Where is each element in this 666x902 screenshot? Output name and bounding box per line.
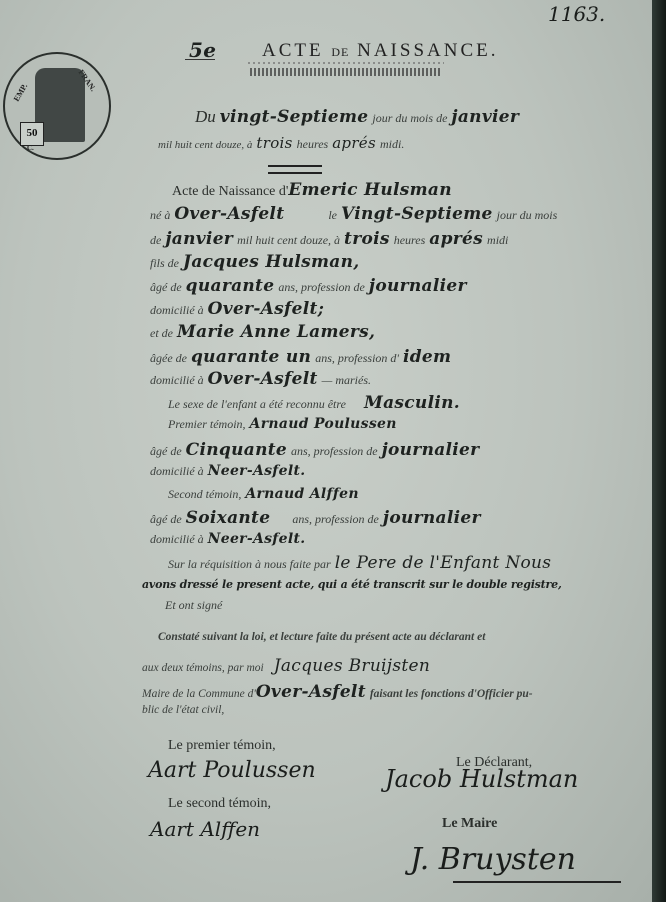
page-edge-shadow <box>652 0 666 902</box>
print-text: aux deux témoins, par moi <box>142 662 264 674</box>
commune-name: Over-Asfelt <box>256 682 366 702</box>
handwritten-text: journalier <box>382 440 480 460</box>
closing-line-1: Constaté suivant la loi, et lecture fait… <box>158 631 485 643</box>
body-line-10: Premier témoin, Arnaud Poulussen <box>168 415 397 433</box>
child-name: Emeric Hulsman <box>288 180 451 200</box>
print-text: Et ont signé <box>165 598 222 612</box>
handwritten-text: aprés <box>332 134 376 152</box>
title-word-de: DE <box>331 45 349 59</box>
print-text: ans, profession de <box>278 280 365 294</box>
handwritten-text: trois <box>344 229 390 249</box>
print-text: mil huit cent douze, à <box>237 233 340 247</box>
body-line-9: Le sexe de l'enfant a été reconnu être M… <box>168 393 460 413</box>
handwritten-text: journalier <box>369 276 467 296</box>
print-text: le <box>328 208 337 222</box>
body-line-17: avons dressé le present acte, qui a été … <box>142 575 562 593</box>
body-line-18: Et ont signé <box>165 596 222 614</box>
body-line-4: âgé de quarante ans, profession de journ… <box>150 276 467 296</box>
print-text: Maire de la Commune d' <box>142 688 256 700</box>
print-text: domicilié à <box>150 464 204 478</box>
handwritten-text: Soixante <box>186 508 271 528</box>
handwritten-text: Cinquante <box>186 440 287 460</box>
second-witness-name: Arnaud Alffen <box>245 486 359 502</box>
body-line-2: de janvier mil huit cent douze, à trois … <box>150 229 508 249</box>
handwritten-text: Neer-Asfelt. <box>208 531 306 547</box>
print-text: fils de <box>150 256 179 270</box>
print-text: âgée de <box>150 351 187 365</box>
print-text: Du <box>195 107 216 126</box>
body-line-16: Sur la réquisition à nous faite par le P… <box>168 553 551 573</box>
print-text: de <box>150 233 161 247</box>
print-text: âgé de <box>150 512 182 526</box>
print-text: âgé de <box>150 444 182 458</box>
body-line-12: domicilié à Neer-Asfelt. <box>150 462 305 480</box>
act-number-underline <box>185 59 215 60</box>
second-witness-label: Le second témoin, <box>168 796 271 812</box>
print-text: jour du mois <box>497 208 558 222</box>
print-text: heures <box>297 137 329 151</box>
declarant-signature: Jacob Hulstman <box>385 765 578 793</box>
body-line-6: et de Marie Anne Lamers, <box>150 322 375 342</box>
body-line-14: âgé de Soixante ans, profession de journ… <box>150 508 481 528</box>
print-text: Second témoin, <box>168 487 241 501</box>
print-text: midi. <box>380 137 404 151</box>
print-text: et de <box>150 326 173 340</box>
birthplace: Over-Asfelt <box>174 204 284 224</box>
tax-stamp-icon: EMP. FRAN. 50 C. <box>3 52 111 160</box>
title-dotted-rule <box>248 62 444 64</box>
section-divider <box>268 165 322 174</box>
handwritten-text: journalier <box>383 508 481 528</box>
handwritten-text: trois <box>256 134 292 152</box>
body-line-0: Acte de Naissance d'Emeric Hulsman <box>172 180 452 200</box>
mayor-label: Le Maire <box>442 816 497 832</box>
print-text: domicilié à <box>150 532 204 546</box>
mother-name: Marie Anne Lamers, <box>177 322 375 342</box>
mayor-signature: J. Bruysten <box>410 842 576 877</box>
handwritten-text: janvier <box>165 229 233 249</box>
header-line-2: mil huit cent douze, à trois heures apré… <box>158 134 404 153</box>
stamp-value-unit: C. <box>27 144 34 152</box>
body-line-11: âgé de Cinquante ans, profession de jour… <box>150 440 479 460</box>
print-text: Sur la réquisition à nous faite par <box>168 557 331 571</box>
mayor-name: Jacques Bruijsten <box>274 656 430 676</box>
document-title: ACTE DE NAISSANCE. <box>262 40 498 62</box>
handwritten-text: avons dressé le present acte, qui a été … <box>142 578 562 591</box>
body-line-15: domicilié à Neer-Asfelt. <box>150 530 305 548</box>
body-line-8: domicilié à Over-Asfelt — mariés. <box>150 369 371 389</box>
body-line-1: né à Over-Asfelt le Vingt-Septieme jour … <box>150 204 557 224</box>
handwritten-text: vingt-Septieme <box>220 107 369 127</box>
father-name: Jacques Hulsman, <box>183 252 360 272</box>
handwritten-text: janvier <box>451 107 519 127</box>
stamp-value: 50 <box>20 122 44 146</box>
closing-line-4: blic de l'état civil, <box>142 704 224 716</box>
print-text: Premier témoin, <box>168 417 246 431</box>
title-wavy-rule <box>250 68 442 76</box>
print-text: né à <box>150 208 170 222</box>
print-text: jour du mois de <box>372 111 447 125</box>
first-witness-label: Le premier témoin, <box>168 738 276 754</box>
second-witness-signature: Aart Alffen <box>150 817 260 841</box>
print-text: — mariés. <box>322 373 371 387</box>
print-text: ans, profession de <box>291 444 378 458</box>
print-text: mil huit cent douze, à <box>158 139 252 151</box>
handwritten-text: le Pere de l'Enfant Nous <box>335 553 552 573</box>
archive-reference: 1163. <box>548 2 605 26</box>
closing-line-3: Maire de la Commune d'Over-Asfelt faisan… <box>142 682 533 702</box>
print-text: faisant les fonctions d'Officier pu- <box>370 688 533 700</box>
print-text: domicilié à <box>150 373 204 387</box>
print-text: domicilié à <box>150 303 204 317</box>
handwritten-text: Vingt-Septieme <box>341 204 493 224</box>
print-text: midi <box>487 233 508 247</box>
stamp-left-text: EMP. <box>12 82 29 103</box>
sex-value: Masculin. <box>364 393 460 413</box>
handwritten-text: Neer-Asfelt. <box>208 463 306 479</box>
first-witness-signature: Aart Poulussen <box>148 758 316 783</box>
title-word-naissance: NAISSANCE. <box>357 40 498 61</box>
closing-line-2: aux deux témoins, par moi Jacques Bruijs… <box>142 656 430 676</box>
handwritten-text: aprés <box>429 229 483 249</box>
print-text: Le sexe de l'enfant a été reconnu être <box>168 397 346 411</box>
print-text: ans, profession d' <box>315 351 399 365</box>
print-text: heures <box>394 233 426 247</box>
handwritten-text: idem <box>403 347 451 367</box>
header-line-1: Du vingt-Septieme jour du mois de janvie… <box>195 107 519 127</box>
body-line-7: âgée de quarante un ans, profession d' i… <box>150 347 451 367</box>
body-line-3: fils de Jacques Hulsman, <box>150 252 360 272</box>
print-text: Acte de Naissance d' <box>172 184 288 199</box>
body-line-5: domicilié à Over-Asfelt; <box>150 299 324 319</box>
body-line-13: Second témoin, Arnaud Alffen <box>168 485 359 503</box>
first-witness-name: Arnaud Poulussen <box>250 416 397 432</box>
mayor-signature-flourish <box>453 881 621 883</box>
title-word-acte: ACTE <box>262 40 324 61</box>
handwritten-text: quarante un <box>191 347 311 367</box>
handwritten-text: Over-Asfelt; <box>208 299 325 319</box>
print-text: ans, profession de <box>292 512 379 526</box>
print-text: âgé de <box>150 280 182 294</box>
stamp-value-number: 50 <box>27 127 38 139</box>
handwritten-text: quarante <box>186 276 275 296</box>
handwritten-text: Over-Asfelt <box>208 369 318 389</box>
